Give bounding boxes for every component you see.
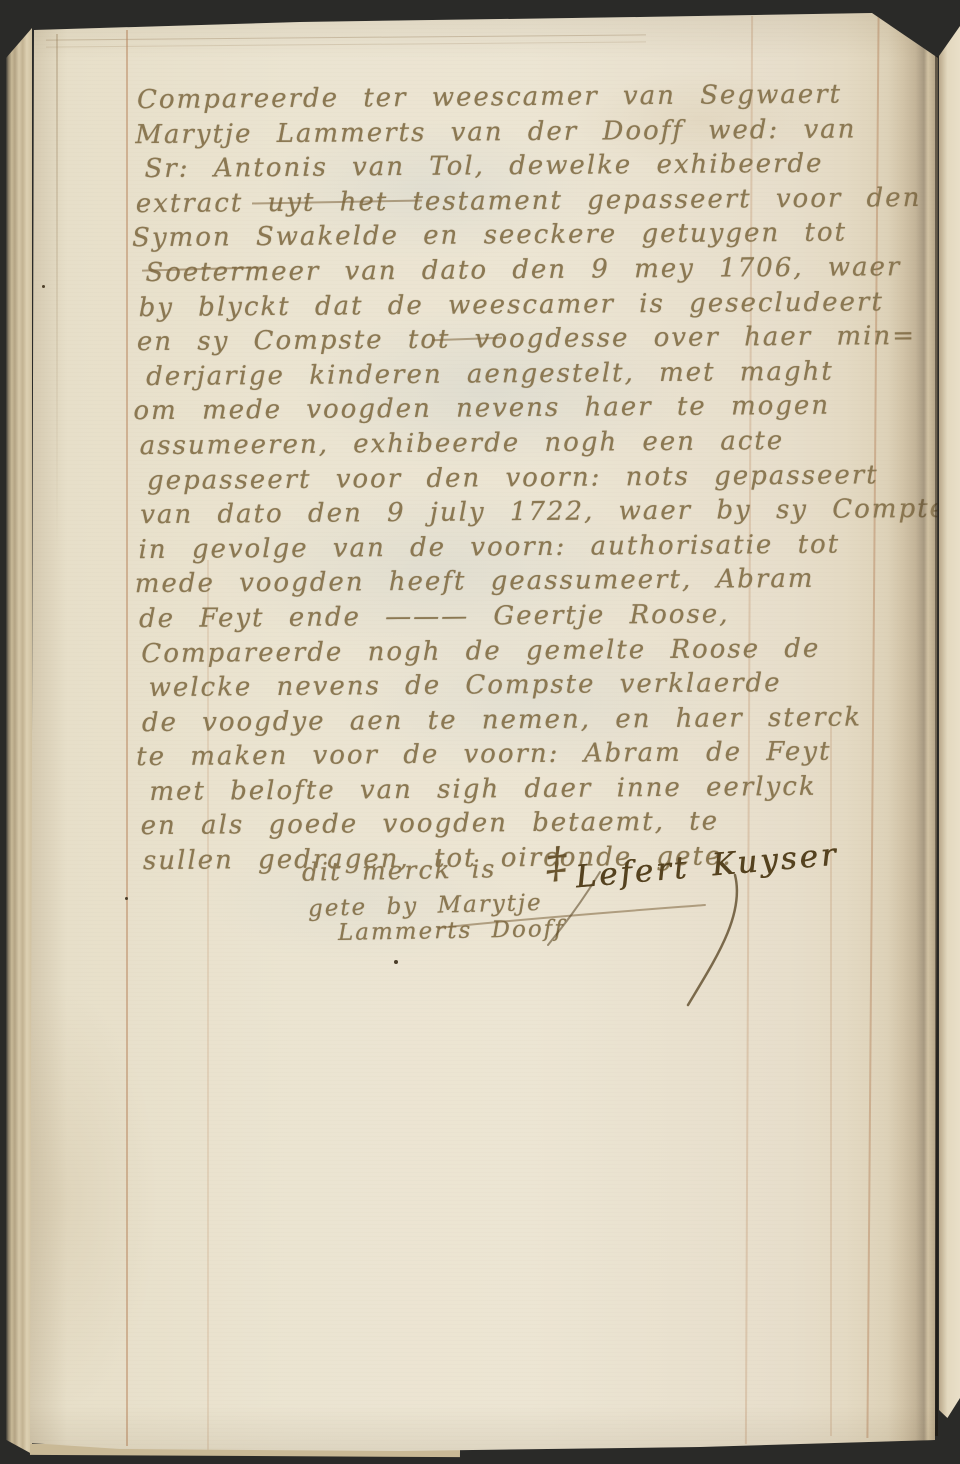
manuscript-line: met belofte van sigh daer inne eerlyck: [149, 769, 939, 810]
ink-speck: [42, 285, 45, 288]
manuscript-line: Compareerde ter weescamer van Segwaert: [137, 77, 927, 118]
book-page-edges-left: [6, 28, 32, 1454]
manuscript-page: Compareerde ter weescamer van Segwaert M…: [0, 0, 960, 1464]
scan-background: Compareerde ter weescamer van Segwaert M…: [0, 0, 960, 1464]
handwritten-text-block: Compareerde ter weescamer van Segwaert M…: [135, 77, 931, 879]
ink-speck: [125, 897, 128, 900]
gutter-shadow: [935, 56, 938, 1436]
manuscript-line: mede voogden heeft geassumeert, Abram: [135, 561, 925, 602]
next-page-edge: [939, 18, 960, 1434]
under-page-top-edge: [46, 34, 646, 47]
merk-intro-text: dit merck is: [302, 854, 497, 886]
ink-speck: [394, 960, 398, 964]
manuscript-line: Sr: Antonis van Tol, dewelke exhibeerde: [144, 146, 934, 187]
manuscript-line: by blyckt dat de weescamer is gesecludee…: [139, 284, 929, 325]
merk-caption-line2: Lammerts Dooff: [338, 916, 565, 946]
margin-rule-left: [126, 30, 128, 1446]
under-page-left-edge: [56, 34, 58, 554]
manuscript-line: van dato den 9 july 1722, waer by sy Com…: [140, 492, 930, 533]
